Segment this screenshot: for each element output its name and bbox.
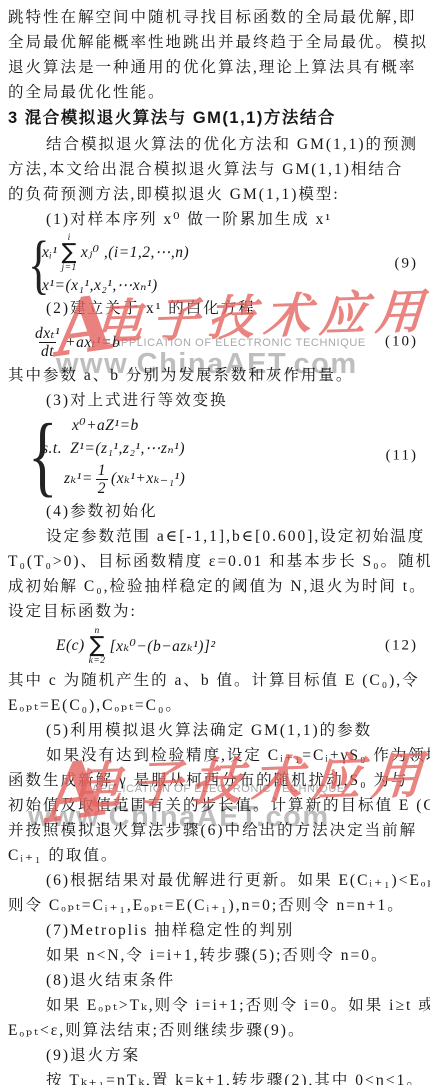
text-line: (4)参数初始化 (8, 499, 422, 524)
text-line: (2)建立关于 x¹ 的白化方程 (8, 296, 422, 321)
text-line: 设定目标函数为: (8, 599, 422, 624)
equation-number: (11) (386, 448, 418, 465)
text-line: 如果 Eₒₚₜ>Tₖ,则令 i=i+1;否则令 i=0。如果 i≥t 或者 (8, 993, 422, 1018)
text-line: 结合模拟退火算法的优化方法和 GM(1,1)的预测 (8, 132, 422, 157)
text-line: 跳特性在解空间中随机寻找目标函数的全局最优解,即 (8, 5, 422, 30)
equation-row: xᵢ¹ i ∑ j=1 xⱼ⁰ ,(i=1,2,⋯,n) (42, 233, 189, 273)
text-line: 全局最优解能概率性地跳出并最终趋于全局最优。模拟 (8, 30, 422, 55)
text-line: 如果 n<N,令 i=i+1,转步骤(5);否则令 n=0。 (8, 943, 422, 968)
equation-9-body: xᵢ¹ i ∑ j=1 xⱼ⁰ ,(i=1,2,⋯,n) x¹=(x₁¹,x₂¹… (42, 233, 189, 296)
text-line: (7)Metroplis 抽样稳定性的判别 (8, 918, 422, 943)
fraction-denominator: 2 (96, 479, 108, 497)
math-term: E(c) (56, 637, 85, 655)
sigma-icon: ∑ (89, 636, 104, 656)
text-line: Eₒₚₜ=E(C₀),Cₒₚₜ=C₀。 (8, 693, 422, 718)
text-line: 函数生成新解,γ 是服从柯西分布的随机扰动,S₀ 为与 (8, 768, 422, 793)
text-line: 的全局最优化性能。 (8, 80, 422, 105)
text-line: T₀(T₀>0)、目标函数精度 ε=0.01 和基本步长 S₀。随机生 (8, 549, 422, 574)
math-term: Z¹=(z₁¹,z₂¹,⋯zₙ¹) (70, 439, 185, 459)
text-line: 并按照模拟退火算法步骤(6)中给出的方法决定当前解 (8, 818, 422, 843)
sigma-icon: ∑ (61, 243, 76, 263)
sum-lower-limit: k=2 (89, 656, 106, 666)
text-line: 初始值及取值范围有关的步长值。计算新的目标值 E (Cᵢ₊₁) (8, 793, 422, 818)
text-line: 设定参数范围 a∈[-1,1],b∈[0.600],设定初始温度 (8, 524, 422, 549)
equation-10: dxₜ¹ dt +axₜ¹=b (10) (8, 321, 422, 363)
fraction: dxₜ¹ dt (33, 325, 62, 360)
fraction-numerator: dxₜ¹ (33, 325, 62, 342)
text-line: 如果没有达到检验精度,设定 Cᵢ₊₁=Cᵢ+γS₀ 作为领域 (8, 743, 422, 768)
equation-11-body: x⁰+aZ¹=b s.t. Z¹=(z₁¹,z₂¹,⋯zₙ¹) zₖ¹= 1 2… (42, 416, 185, 497)
equation-row: x¹=(x₁¹,x₂¹,⋯xₙ¹) (42, 276, 189, 296)
text-line: (8)退火结束条件 (8, 968, 422, 993)
equation-row: x⁰+aZ¹=b (42, 416, 185, 436)
equation-row: zₖ¹= 1 2 (xₖ¹+xₖ₋₁¹) (42, 462, 185, 497)
text-line: (9)退火方案 (8, 1043, 422, 1068)
text-line: Cᵢ₊₁ 的取值。 (8, 843, 422, 868)
sum-lower-limit: j=1 (61, 263, 76, 273)
text-line: 的负荷预测方法,即模拟退火 GM(1,1)模型: (8, 182, 422, 207)
fraction: 1 2 (96, 462, 108, 497)
text-line: 成初始解 C₀,检验抽样稳定的阈值为 N,退火为时间 t。 (8, 574, 422, 599)
text-line: 方法,本文给出混合模拟退火算法与 GM(1,1)相结合 (8, 157, 422, 182)
section-heading: 3 混合模拟退火算法与 GM(1,1)方法结合 (8, 105, 422, 132)
math-term: +axₜ¹=b (65, 333, 120, 352)
text-line: 按 Tₖ₊₁=ηTₖ,置 k=k+1,转步骤(2),其中 0<η<1。 (8, 1068, 422, 1085)
fraction-numerator: 1 (96, 462, 108, 479)
text-line: (1)对样本序列 x⁰ 做一阶累加生成 x¹ (8, 207, 422, 232)
math-term: x⁰+aZ¹=b (72, 416, 139, 436)
text-line: Eₒₚₜ<ε,则算法结束;否则继续步骤(9)。 (8, 1018, 422, 1043)
formula-brace: { (28, 226, 39, 302)
math-term: [xₖ⁰−(b−azₖ¹)]² (110, 637, 216, 656)
sum-symbol: n ∑ k=2 (89, 626, 106, 666)
equation-number: (10) (385, 334, 418, 351)
equation-11: { x⁰+aZ¹=b s.t. Z¹=(z₁¹,z₂¹,⋯zₙ¹) zₖ¹= 1… (8, 413, 422, 499)
equation-9: { xᵢ¹ i ∑ j=1 xⱼ⁰ ,(i=1,2,⋯,n) x¹=(x₁¹,x… (8, 232, 422, 296)
fraction-denominator: dt (39, 342, 56, 360)
formula-brace: { (28, 404, 39, 507)
math-term: x¹=(x₁¹,x₂¹,⋯xₙ¹) (42, 276, 158, 296)
text-line: 退火算法是一种通用的优化算法,理论上算法具有概率 (8, 55, 422, 80)
equation-number: (12) (385, 638, 418, 655)
text-line: (3)对上式进行等效变换 (8, 388, 422, 413)
math-term: zₖ¹= (64, 469, 93, 489)
equation-12: E(c) n ∑ k=2 [xₖ⁰−(b−azₖ¹)]² (12) (8, 624, 422, 668)
text-line: 其中参数 a、b 分别为发展系数和灰作用量。 (8, 363, 422, 388)
text-line: 则令 Cₒₚₜ=Cᵢ₊₁,Eₒₚₜ=E(Cᵢ₊₁),n=0;否则令 n=n+1。 (8, 893, 422, 918)
math-term: (xₖ¹+xₖ₋₁¹) (111, 469, 185, 489)
text-line: (5)利用模拟退火算法确定 GM(1,1)的参数 (8, 718, 422, 743)
equation-number: (9) (395, 256, 419, 273)
sum-symbol: i ∑ j=1 (61, 233, 76, 273)
text-line: (6)根据结果对最优解进行更新。如果 E(Cᵢ₊₁)<Eₒₚₜ, (8, 868, 422, 893)
math-term: xⱼ⁰ ,(i=1,2,⋯,n) (81, 243, 189, 263)
text-line: 其中 c 为随机产生的 a、b 值。计算目标值 E (C₀),令 (8, 668, 422, 693)
equation-row: s.t. Z¹=(z₁¹,z₂¹,⋯zₙ¹) (42, 439, 185, 459)
paper-page: A 电子技术应用 APPLICATION OF ELECTRONIC TECHN… (0, 0, 430, 1085)
